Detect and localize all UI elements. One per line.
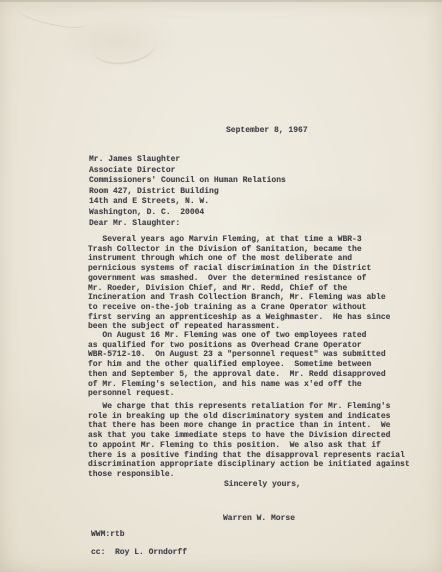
address-line: Washington, D. C. 20004 <box>89 208 204 219</box>
letter-page: September 8, 1967 Mr. James Slaughter As… <box>0 0 442 572</box>
closing-phrase: Sincerely yours, <box>224 480 301 490</box>
body-paragraph-1: Several years ago Marvin Fleming, at tha… <box>88 235 390 332</box>
address-line: Mr. James Slaughter <box>89 155 180 166</box>
cc-line: cc: Roy L. Orndorff <box>91 548 187 558</box>
letter-date: September 8, 1967 <box>226 126 308 136</box>
scan-edge-shadow <box>0 0 442 2</box>
body-paragraph-2: On August 16 Mr. Fleming was one of two … <box>88 331 386 399</box>
paper-crease-mark <box>90 24 158 69</box>
address-line: Commissioners' Council on Human Relation… <box>89 176 286 187</box>
address-line: Room 427, District Building <box>89 187 219 198</box>
address-line: Associate Director <box>89 166 175 177</box>
body-paragraph-3: We charge that this represents retaliati… <box>88 402 410 480</box>
typist-reference-initials: WWM:rtb <box>91 530 125 540</box>
paper-crease-mark <box>17 0 89 32</box>
address-line: 14th and E Streets, N. W. <box>89 197 209 208</box>
signature-typed-name: Warren W. Morse <box>223 514 295 524</box>
salutation: Dear Mr. Slaughter: <box>89 219 180 229</box>
